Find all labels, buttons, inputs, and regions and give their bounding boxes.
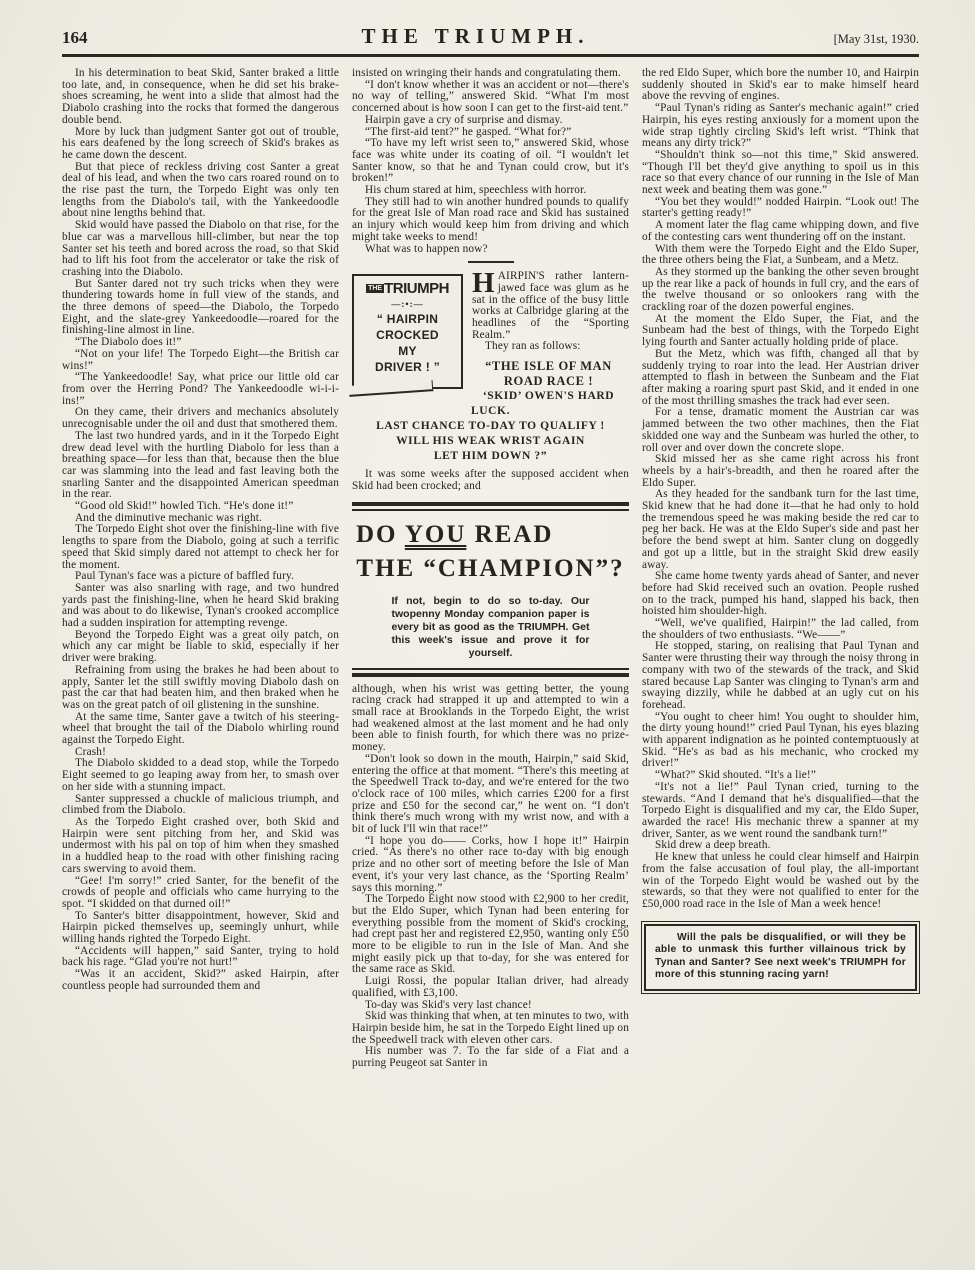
paragraph: The last two hundred yards, and in it th… <box>62 431 339 501</box>
ad-word-read: READ <box>475 521 554 548</box>
paragraph: “Well, we've qualified, Hairpin!” the la… <box>642 618 919 641</box>
paragraph: although, when his wrist was getting bet… <box>352 684 629 754</box>
triumph-box-quote: “ HAIRPINCROCKEDMYDRIVER ! ” <box>357 311 458 375</box>
paragraph: Refraining from using the brakes he had … <box>62 665 339 712</box>
issue-date: [May 31st, 1930. <box>799 32 919 47</box>
paragraph: His number was 7. To the far side of a F… <box>352 1046 629 1069</box>
headline-line: WILL HIS WEAK WRIST AGAIN <box>356 434 625 449</box>
page-title: THE TRIUMPH. <box>152 24 799 49</box>
paragraph: On they came, their drivers and mechanic… <box>62 407 339 430</box>
paragraph: “You bet they would!” nodded Hairpin. “L… <box>642 197 919 220</box>
paragraph: Beyond the Torpedo Eight was a great oil… <box>62 630 339 665</box>
paragraph: Santer suppressed a chuckle of malicious… <box>62 794 339 817</box>
paragraph: The Diabolo skidded to a dead stop, whil… <box>62 758 339 793</box>
triumph-headline-box: THETRIUMPH —:•:— “ HAIRPINCROCKEDMYDRIVE… <box>352 274 463 389</box>
paragraph: She came home twenty yards ahead of Sant… <box>642 571 919 618</box>
paragraph: “Paul Tynan's riding as Santer's mechani… <box>642 103 919 150</box>
paragraph: insisted on wringing their hands and con… <box>352 68 629 80</box>
paragraph: “Accidents will happen,” said Santer, tr… <box>62 946 339 969</box>
quote-line: CROCKED <box>357 327 458 343</box>
paragraph: the red Eldo Super, which bore the numbe… <box>642 68 919 103</box>
magazine-page: 164 THE TRIUMPH. [May 31st, 1930. In his… <box>0 0 975 1070</box>
ad-heading-line-2: THE “CHAMPION”? <box>354 555 627 583</box>
ad-bottom-rule <box>352 668 629 677</box>
headline-line: ‘SKID’ OWEN'S HARD LUCK. <box>356 389 625 419</box>
paragraph: With them were the Torpedo Eight and the… <box>642 244 919 267</box>
paragraph: He stopped, staring, on realising that P… <box>642 641 919 711</box>
paragraph: “Good old Skid!” howled Tich. “He's done… <box>62 501 339 513</box>
paragraph: “Was it an accident, Skid?” asked Hairpi… <box>62 969 339 992</box>
next-week-teaser-box: Will the pals be disqualified, or will t… <box>644 924 917 991</box>
triumph-box-title: THETRIUMPH <box>357 280 458 298</box>
ad-word-you: YOU <box>405 521 467 548</box>
quote-line: MY <box>357 343 458 359</box>
paragraph: At the moment the Eldo Super, the Fiat, … <box>642 314 919 349</box>
paragraph: “I don't know whether it was an accident… <box>352 80 629 115</box>
paragraph: But Santer dared not try such tricks whe… <box>62 279 339 338</box>
teaser-text: Will the pals be disqualified, or will t… <box>655 932 906 982</box>
paragraph: “Shouldn't think so—not this time,” Skid… <box>642 150 919 197</box>
paragraph: To Santer's bitter disappointment, howev… <box>62 911 339 946</box>
paragraph: His chum stared at him, speechless with … <box>352 185 629 197</box>
paragraph: “Don't look so down in the mouth, Hairpi… <box>352 754 629 836</box>
paragraph: It was some weeks after the supposed acc… <box>352 469 629 492</box>
paragraph: But that piece of reckless driving cost … <box>62 162 339 221</box>
triumph-box-name: TRIUMPH <box>384 280 449 297</box>
column-2-section-b: although, when his wrist was getting bet… <box>352 684 629 1070</box>
champion-ad: DO YOU READ THE “CHAMPION”? If not, begi… <box>352 502 629 677</box>
column-3: the red Eldo Super, which bore the numbe… <box>642 68 919 1070</box>
ad-top-rule <box>352 502 629 511</box>
ornament: —:•:— <box>357 299 458 309</box>
quote-line: “ HAIRPIN <box>357 311 458 327</box>
paragraph: Skid missed her as she came right across… <box>642 454 919 489</box>
ad-heading-line-1: DO YOU READ <box>356 521 627 549</box>
paragraph: “It's not a lie!” Paul Tynan cried, turn… <box>642 782 919 841</box>
ad-word-do: DO <box>356 521 398 548</box>
masthead: 164 THE TRIUMPH. [May 31st, 1930. <box>62 24 919 49</box>
paragraph: In his determination to beat Skid, Sante… <box>62 68 339 127</box>
paragraph: They still had to win another hundred po… <box>352 197 629 244</box>
paragraph: Hairpin gave a cry of surprise and disma… <box>352 115 629 127</box>
quote-line: DRIVER ! ” <box>357 359 458 375</box>
paragraph: As they stormed up the banking the other… <box>642 267 919 314</box>
paragraph: Skid would have passed the Diabolo on th… <box>62 220 339 279</box>
paragraph: For a tense, dramatic moment the Austria… <box>642 407 919 454</box>
paragraph: “To have my left wrist seen to,” answere… <box>352 138 629 185</box>
column-1: In his determination to beat Skid, Sante… <box>62 68 339 1070</box>
paragraph: As the Torpedo Eight crashed over, both … <box>62 817 339 876</box>
triumph-box-the: THE <box>366 284 384 293</box>
article-columns: In his determination to beat Skid, Sante… <box>62 68 919 1070</box>
section-divider <box>468 261 514 263</box>
paragraph: “Gee! I'm sorry!” cried Santer, for the … <box>62 876 339 911</box>
paragraph: Santer was also snarling with rage, and … <box>62 583 339 630</box>
column-2: insisted on wringing their hands and con… <box>352 68 629 1070</box>
paragraph: Skid was thinking that when, at ten minu… <box>352 1011 629 1046</box>
paragraph: As they headed for the sandbank turn for… <box>642 489 919 571</box>
paragraph: “The Yankeedoodle! Say, what price our l… <box>62 372 339 407</box>
paragraph: More by luck than judgment Santer got ou… <box>62 127 339 162</box>
column-2-section-a: insisted on wringing their hands and con… <box>352 68 629 255</box>
paragraph: Luigi Rossi, the popular Italian driver,… <box>352 976 629 999</box>
dropcap-letter: H <box>472 271 498 294</box>
paragraph: “Not on your life! The Torpedo Eight—the… <box>62 349 339 372</box>
paragraph: But the Metz, which was fifth, changed a… <box>642 349 919 408</box>
hairpin-section: THETRIUMPH —:•:— “ HAIRPINCROCKEDMYDRIVE… <box>352 271 629 492</box>
paragraph: A moment later the flag came whipping do… <box>642 220 919 243</box>
headline-line: LET HIM DOWN ?” <box>356 449 625 464</box>
paragraph: The Torpedo Eight now stood with £2,900 … <box>352 894 629 976</box>
column-3-text: the red Eldo Super, which bore the numbe… <box>642 68 919 911</box>
ad-body-text: If not, begin to do so to-day. Our twope… <box>392 595 590 660</box>
page-number: 164 <box>62 28 152 48</box>
paragraph: “You ought to cheer him! You ought to sh… <box>642 712 919 771</box>
header-rule <box>62 54 919 57</box>
paragraph: “I hope you do—— Corks, how I hope it!” … <box>352 836 629 895</box>
paragraph: He knew that unless he could clear himse… <box>642 852 919 911</box>
ad-content: DO YOU READ THE “CHAMPION”? If not, begi… <box>352 511 629 668</box>
paragraph: The Torpedo Eight shot over the finishin… <box>62 524 339 571</box>
paragraph: At the same time, Santer gave a twitch o… <box>62 712 339 747</box>
paragraph: What was to happen now? <box>352 244 629 256</box>
headline-line: LAST CHANCE TO-DAY TO QUALIFY ! <box>356 419 625 434</box>
